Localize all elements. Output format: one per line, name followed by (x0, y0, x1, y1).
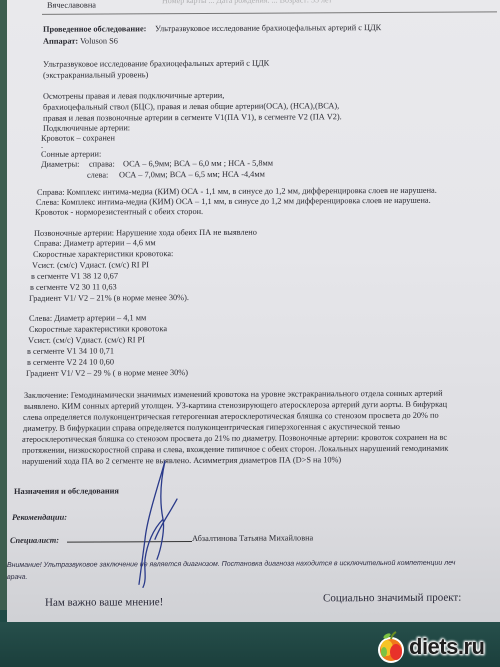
intro-subtitle: (экстракраниальный уровень) (43, 70, 148, 81)
intro-title: Ультразвуковое исследование брахиоцефаль… (43, 59, 269, 70)
vertebral-header: Позвоночные артерии: Нарушение хода обеи… (34, 228, 257, 239)
cut-header-text: Номер карты ... Дата рождения: ... Возра… (162, 0, 332, 6)
conclusion-line: диаметру. В бифуркации справа определяет… (23, 422, 400, 434)
vertebral-left-diameter: Слева: Диаметр артерии – 4,1 мм (29, 313, 146, 324)
specialist-label: Специалист: (10, 536, 59, 546)
vertebral-left-columns: Vсист. (см/с) Vдиаст. (см/с) RI PI (28, 335, 145, 346)
recommendations-label: Рекомендации: (12, 513, 67, 523)
examined-line-2: брахиоцефальный ствол (БЦС), правая и ле… (43, 101, 339, 113)
diameters-label: Диаметры: (41, 160, 79, 170)
header-divider (42, 11, 497, 14)
carotid-right-values: ОСА – 6,9мм; ВСА – 6,0 мм ; НСА - 5,8мм (123, 159, 273, 170)
social-project-text: Социально значимый проект: (323, 592, 461, 606)
device-value: Voluson S6 (80, 36, 118, 46)
vertebral-right-v1: в сегменте V1 38 12 0,67 (31, 271, 118, 281)
vertebral-right-speed-label: Скоростные характеристики кровотока: (33, 249, 173, 260)
watermark-logo: diets.ru (376, 630, 484, 664)
vertebral-left-speed-label: Скоростные характеристики кровотока (29, 324, 167, 335)
carotid-right-label: справа: (89, 159, 115, 169)
watermark-text: diets.ru (409, 634, 484, 660)
device-label: Аппарат: (43, 37, 78, 47)
patient-name-fragment: Вячеславовна (47, 1, 96, 11)
examined-line-3: правая и левая позвоночные артерии в сег… (43, 112, 342, 124)
apple-icon (376, 630, 406, 664)
specialist-name: Абзалтинова Татьяна Михайловна (192, 533, 313, 544)
carotid-left-label: слева: (87, 170, 108, 180)
handwritten-signature (117, 459, 197, 589)
warning-line-1: Внимание! Ультразвуковое заключение не я… (7, 559, 455, 571)
exam-label: Проведенное обследование: (43, 24, 146, 35)
feedback-text: Нам важно ваше мнение! (45, 596, 163, 610)
vertebral-left-v1: в сегменте V1 34 10 0,71 (27, 346, 114, 356)
carotid-left-values: ОСА – 7,0мм; ВСА – 6,5 мм; НСА -4,4мм (119, 170, 265, 181)
table-edge (0, 0, 7, 610)
subclavian-label: Подключичные артерии: (43, 123, 130, 133)
carotid-label: Сонные артерии: (41, 150, 101, 160)
warning-line-2: врача. (7, 573, 27, 583)
examined-line-1: Осмотрены правая и левая подключичные ар… (43, 91, 224, 102)
vertebral-right-columns: Vсист. (см/с) Vдиаст. (см/с) RI PI (32, 260, 149, 271)
conclusion-line: протяжении, низкоскоростной справа и сле… (22, 444, 448, 456)
exam-value: Ультразвуковое исследование брахиоцефаль… (155, 23, 381, 34)
kim-flow: Кровоток - норморезистентный с обеих сто… (35, 207, 203, 218)
vertebral-left-gradient: Градиент V1/ V2 – 29 % ( в норме менее 3… (26, 368, 188, 379)
medical-report-page: Номер карты ... Дата рождения: ... Возра… (7, 0, 500, 630)
subclavian-flow: Кровоток – сохранен (41, 133, 115, 143)
vertebral-right-gradient: Градиент V1/ V2 – 21% (в норме менее 30%… (29, 293, 189, 304)
kim-left: Слева: Комплекс интима-медиа (КИМ) ОСА –… (36, 196, 431, 208)
vertebral-right-v2: в сегменте V2 30 11 0,63 (30, 282, 117, 292)
vertebral-left-v2: в сегменте V2 24 10 0,60 (27, 357, 114, 367)
vertebral-right-diameter: Справа: Диаметр артерии – 4,6 мм (34, 238, 156, 249)
appointments-label: Назначения и обследования (14, 486, 119, 497)
